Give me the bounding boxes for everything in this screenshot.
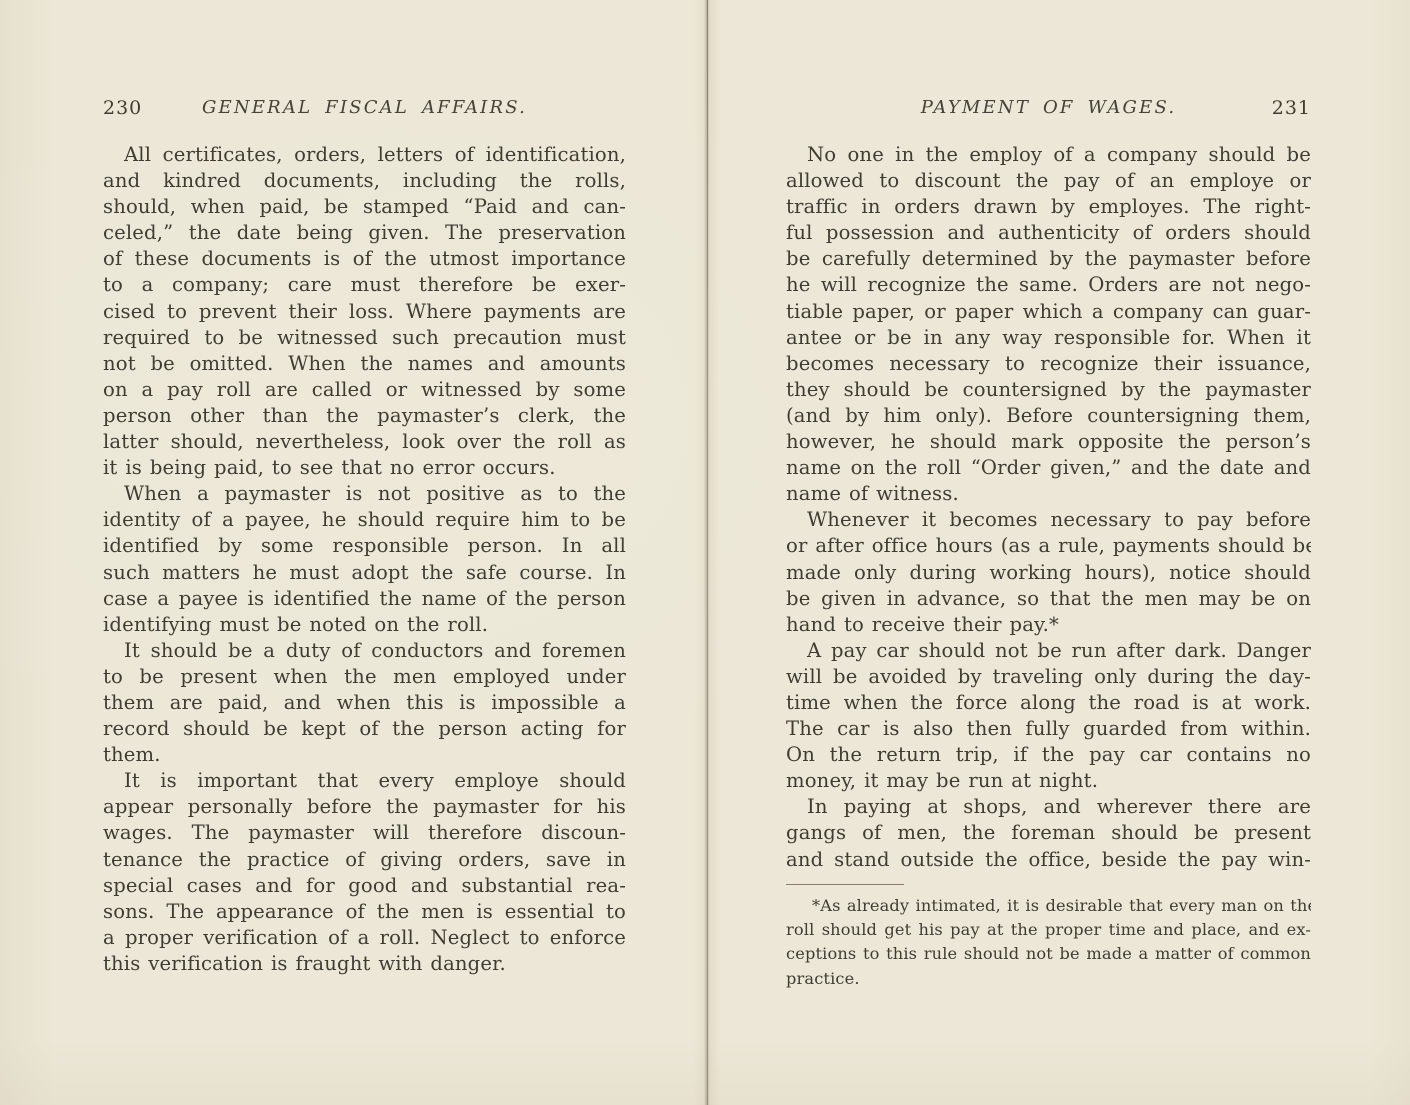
book-gutter-shadow: [694, 0, 720, 1105]
text-line: allowed to discount the pay of an employ…: [786, 168, 1311, 194]
text-line: case a payee is identified the name of t…: [103, 586, 626, 612]
text-line: The car is also then fully guarded from …: [786, 716, 1311, 742]
text-line: however, he should mark opposite the per…: [786, 429, 1311, 455]
text-line: *As already intimated, it is desirable t…: [786, 894, 1311, 918]
footnote: *As already intimated, it is desirable t…: [786, 884, 1311, 992]
text-line: traffic in orders drawn by employes. The…: [786, 194, 1311, 220]
text-line: be given in advance, so that the men may…: [786, 586, 1311, 612]
text-line: No one in the employ of a company should…: [786, 142, 1311, 168]
page-number-left: 230: [103, 97, 142, 119]
text-line: on a pay roll are called or witnessed by…: [103, 377, 626, 403]
text-line: celed,” the date being given. The preser…: [103, 220, 626, 246]
text-line: identity of a payee, he should require h…: [103, 507, 626, 533]
text-line: On the return trip, if the pay car conta…: [786, 742, 1311, 768]
running-head-right: PAYMENT OF WAGES.: [786, 97, 1311, 118]
footnote-rule: [786, 884, 904, 885]
text-line: person other than the paymaster’s clerk,…: [103, 403, 626, 429]
text-line: (and by him only). Before countersigning…: [786, 403, 1311, 429]
text-line: money, it may be run at night.: [786, 768, 1311, 794]
text-line: them.: [103, 742, 626, 768]
text-line: name on the roll “Order given,” and the …: [786, 455, 1311, 481]
text-line: record should be kept of the person acti…: [103, 716, 626, 742]
text-line: and kindred documents, including the rol…: [103, 168, 626, 194]
text-line: this verification is fraught with danger…: [103, 951, 626, 977]
text-line: All certificates, orders, letters of ide…: [103, 142, 626, 168]
page-left-header: 230 GENERAL FISCAL AFFAIRS.: [103, 97, 626, 121]
text-line: It is important that every employe shoul…: [103, 768, 626, 794]
text-line: a proper verification of a roll. Neglect…: [103, 925, 626, 951]
text-line: should, when paid, be stamped “Paid and …: [103, 194, 626, 220]
text-line: latter should, nevertheless, look over t…: [103, 429, 626, 455]
text-line: Whenever it becomes necessary to pay bef…: [786, 507, 1311, 533]
text-line: identified by some responsible person. I…: [103, 533, 626, 559]
text-line: appear personally before the paymaster f…: [103, 794, 626, 820]
text-line: It should be a duty of conductors and fo…: [103, 638, 626, 664]
text-line: name of witness.: [786, 481, 1311, 507]
text-line: time when the force along the road is at…: [786, 690, 1311, 716]
text-line: will be avoided by traveling only during…: [786, 664, 1311, 690]
text-line: wages. The paymaster will therefore disc…: [103, 820, 626, 846]
text-line: or after office hours (as a rule, paymen…: [786, 533, 1311, 559]
text-line: and stand outside the office, beside the…: [786, 847, 1311, 873]
footnote-body: *As already intimated, it is desirable t…: [786, 894, 1311, 992]
text-line: not be omitted. When the names and amoun…: [103, 351, 626, 377]
text-line: to a company; care must therefore be exe…: [103, 272, 626, 298]
text-line: they should be countersigned by the paym…: [786, 377, 1311, 403]
page-left: 230 GENERAL FISCAL AFFAIRS. All certific…: [103, 97, 626, 977]
text-line: practice.: [786, 967, 1311, 991]
text-line: tiable paper, or paper which a company c…: [786, 299, 1311, 325]
text-line: required to be witnessed such precaution…: [103, 325, 626, 351]
text-line: identifying must be noted on the roll.: [103, 612, 626, 638]
text-line: ceptions to this rule should not be made…: [786, 942, 1311, 966]
text-line: such matters he must adopt the safe cour…: [103, 560, 626, 586]
page-right: PAYMENT OF WAGES. 231 No one in the empl…: [786, 97, 1311, 991]
book-spread: 230 GENERAL FISCAL AFFAIRS. All certific…: [0, 0, 1410, 1105]
text-line: A pay car should not be run after dark. …: [786, 638, 1311, 664]
text-line: them are paid, and when this is impossib…: [103, 690, 626, 716]
running-head-left: GENERAL FISCAL AFFAIRS.: [103, 97, 626, 118]
text-line: hand to receive their pay.*: [786, 612, 1311, 638]
text-line: tenance the practice of giving orders, s…: [103, 847, 626, 873]
page-right-body: No one in the employ of a company should…: [786, 142, 1311, 873]
text-line: When a paymaster is not positive as to t…: [103, 481, 626, 507]
page-number-right: 231: [1272, 97, 1311, 119]
page-left-body: All certificates, orders, letters of ide…: [103, 142, 626, 977]
text-line: to be present when the men employed unde…: [103, 664, 626, 690]
page-right-header: PAYMENT OF WAGES. 231: [786, 97, 1311, 121]
text-line: ful possession and authenticity of order…: [786, 220, 1311, 246]
text-line: be carefully determined by the paymaster…: [786, 246, 1311, 272]
text-line: roll should get his pay at the proper ti…: [786, 918, 1311, 942]
text-line: sons. The appearance of the men is essen…: [103, 899, 626, 925]
text-line: made only during working hours), notice …: [786, 560, 1311, 586]
text-line: special cases and for good and substanti…: [103, 873, 626, 899]
text-line: cised to prevent their loss. Where payme…: [103, 299, 626, 325]
text-line: of these documents is of the utmost impo…: [103, 246, 626, 272]
text-line: antee or be in any way responsible for. …: [786, 325, 1311, 351]
text-line: becomes necessary to recognize their iss…: [786, 351, 1311, 377]
text-line: gangs of men, the foreman should be pres…: [786, 820, 1311, 846]
text-line: it is being paid, to see that no error o…: [103, 455, 626, 481]
gutter-crease-line: [707, 0, 708, 1105]
text-line: In paying at shops, and wherever there a…: [786, 794, 1311, 820]
text-line: he will recognize the same. Orders are n…: [786, 272, 1311, 298]
